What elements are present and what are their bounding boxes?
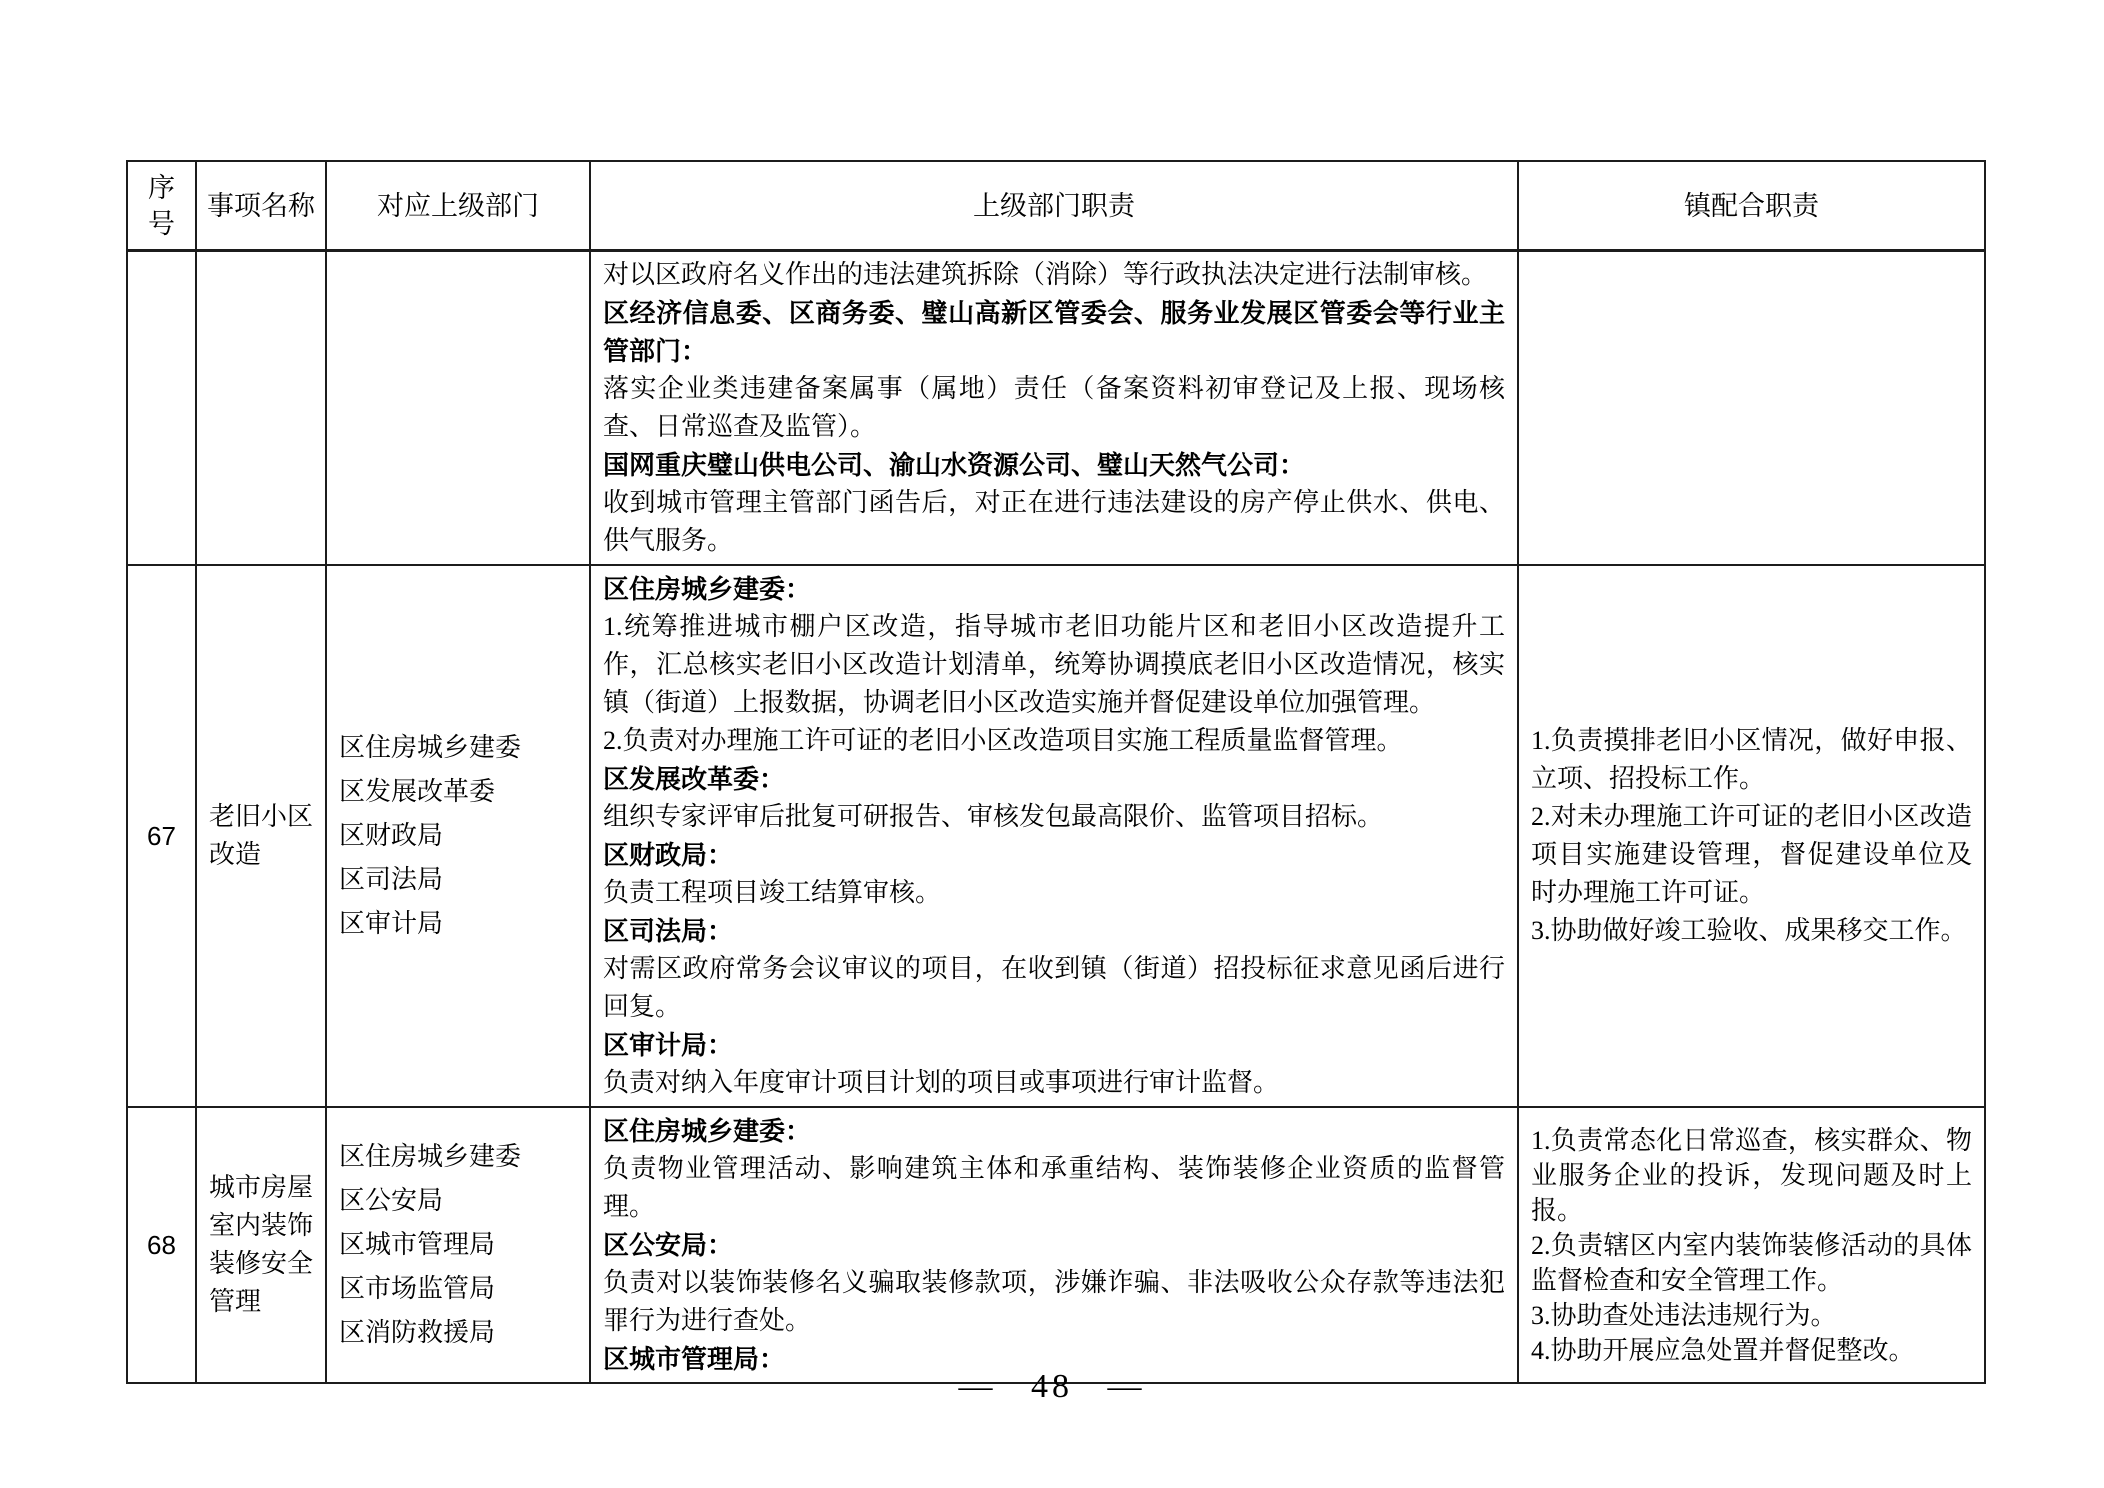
duty-department-heading: 区审计局： [603, 1026, 1505, 1064]
town-duty-text: 3.协助做好竣工验收、成果移交工作。 [1531, 912, 1972, 950]
table-row: 对以区政府名义作出的违法建筑拆除（消除）等行政执法决定进行法制审核。区经济信息委… [127, 251, 1985, 566]
duty-department-heading: 区经济信息委、区商务委、璧山高新区管委会、服务业发展区管委会等行业主管部门： [603, 294, 1505, 370]
department-name: 区住房城乡建委 [339, 726, 577, 770]
town-duty-text: 2.负责辖区内室内装饰装修活动的具体监督检查和安全管理工作。 [1531, 1228, 1972, 1298]
header-superior-department: 对应上级部门 [326, 161, 590, 251]
town-duty-text: 4.协助开展应急处置并督促整改。 [1531, 1333, 1972, 1368]
cell-item-name: 城市房屋室内装饰装修安全管理 [196, 1107, 326, 1383]
duty-text: 负责物业管理活动、影响建筑主体和承重结构、装饰装修企业资质的监督管理。 [603, 1150, 1505, 1226]
duty-text: 收到城市管理主管部门函告后，对正在进行违法建设的房产停止供水、供电、供气服务。 [603, 484, 1505, 560]
cell-town-duties: 1.负责常态化日常巡查，核实群众、物业服务企业的投诉，发现问题及时上报。2.负责… [1518, 1107, 1985, 1383]
department-name: 区消防救援局 [339, 1311, 577, 1355]
department-name: 区发展改革委 [339, 770, 577, 814]
duty-text: 对需区政府常务会议审议的项目，在收到镇（街道）招投标征求意见函后进行回复。 [603, 950, 1505, 1026]
duty-department-heading: 区财政局： [603, 836, 1505, 874]
cell-serial-number: 68 [127, 1107, 196, 1383]
cell-superior-departments: 区住房城乡建委区发展改革委区财政局区司法局区审计局 [326, 565, 590, 1107]
department-name: 区市场监管局 [339, 1267, 577, 1311]
duty-text: 负责工程项目竣工结算审核。 [603, 874, 1505, 912]
table-row: 68城市房屋室内装饰装修安全管理区住房城乡建委区公安局区城市管理局区市场监管局区… [127, 1107, 1985, 1383]
duty-text: 2.负责对办理施工许可证的老旧小区改造项目实施工程质量监督管理。 [603, 722, 1505, 760]
table-body: 对以区政府名义作出的违法建筑拆除（消除）等行政执法决定进行法制审核。区经济信息委… [127, 251, 1985, 1384]
town-duty-text: 1.负责摸排老旧小区情况，做好申报、立项、招投标工作。 [1531, 722, 1972, 798]
table-header: 序 号 事项名称 对应上级部门 上级部门职责 镇配合职责 [127, 161, 1985, 251]
cell-superior-departments [326, 251, 590, 566]
cell-superior-duties: 区住房城乡建委：负责物业管理活动、影响建筑主体和承重结构、装饰装修企业资质的监督… [590, 1107, 1518, 1383]
duty-text: 组织专家评审后批复可研报告、审核发包最高限价、监管项目招标。 [603, 798, 1505, 836]
page-number: — 48 — [0, 1368, 2104, 1406]
duty-text: 落实企业类违建备案属事（属地）责任（备案资料初审登记及上报、现场核查、日常巡查及… [603, 370, 1505, 446]
table-header-row: 序 号 事项名称 对应上级部门 上级部门职责 镇配合职责 [127, 161, 1985, 251]
duty-department-heading: 区公安局： [603, 1226, 1505, 1264]
town-duty-text: 3.协助查处违法违规行为。 [1531, 1298, 1972, 1333]
cell-item-name [196, 251, 326, 566]
table-row: 67老旧小区改造区住房城乡建委区发展改革委区财政局区司法局区审计局区住房城乡建委… [127, 565, 1985, 1107]
cell-serial-number: 67 [127, 565, 196, 1107]
duty-text: 负责对以装饰装修名义骗取装修款项，涉嫌诈骗、非法吸收公众存款等违法犯罪行为进行查… [603, 1264, 1505, 1340]
header-serial-number: 序 号 [127, 161, 196, 251]
cell-superior-duties: 区住房城乡建委：1.统筹推进城市棚户区改造，指导城市老旧功能片区和老旧小区改造提… [590, 565, 1518, 1107]
town-duty-text: 2.对未办理施工许可证的老旧小区改造项目实施建设管理，督促建设单位及时办理施工许… [1531, 798, 1972, 912]
department-name: 区住房城乡建委 [339, 1135, 577, 1179]
department-name: 区审计局 [339, 902, 577, 946]
department-name: 区财政局 [339, 814, 577, 858]
responsibility-table: 序 号 事项名称 对应上级部门 上级部门职责 镇配合职责 对以区政府名义作出的违… [126, 160, 1986, 1384]
cell-serial-number [127, 251, 196, 566]
cell-superior-departments: 区住房城乡建委区公安局区城市管理局区市场监管局区消防救援局 [326, 1107, 590, 1383]
header-superior-duties: 上级部门职责 [590, 161, 1518, 251]
department-name: 区城市管理局 [339, 1223, 577, 1267]
duty-department-heading: 区住房城乡建委： [603, 1112, 1505, 1150]
duty-department-heading: 区住房城乡建委： [603, 570, 1505, 608]
cell-item-name: 老旧小区改造 [196, 565, 326, 1107]
duty-department-heading: 国网重庆璧山供电公司、渝山水资源公司、璧山天然气公司： [603, 446, 1505, 484]
department-name: 区公安局 [339, 1179, 577, 1223]
duty-text: 负责对纳入年度审计项目计划的项目或事项进行审计监督。 [603, 1064, 1505, 1102]
duty-department-heading: 区司法局： [603, 912, 1505, 950]
cell-town-duties: 1.负责摸排老旧小区情况，做好申报、立项、招投标工作。2.对未办理施工许可证的老… [1518, 565, 1985, 1107]
duty-text: 1.统筹推进城市棚户区改造，指导城市老旧功能片区和老旧小区改造提升工作，汇总核实… [603, 608, 1505, 722]
duty-department-heading: 区发展改革委： [603, 760, 1505, 798]
town-duty-text: 1.负责常态化日常巡查，核实群众、物业服务企业的投诉，发现问题及时上报。 [1531, 1123, 1972, 1228]
cell-superior-duties: 对以区政府名义作出的违法建筑拆除（消除）等行政执法决定进行法制审核。区经济信息委… [590, 251, 1518, 566]
department-name: 区司法局 [339, 858, 577, 902]
header-item-name: 事项名称 [196, 161, 326, 251]
cell-town-duties [1518, 251, 1985, 566]
header-town-duties: 镇配合职责 [1518, 161, 1985, 251]
duty-text: 对以区政府名义作出的违法建筑拆除（消除）等行政执法决定进行法制审核。 [603, 256, 1505, 294]
